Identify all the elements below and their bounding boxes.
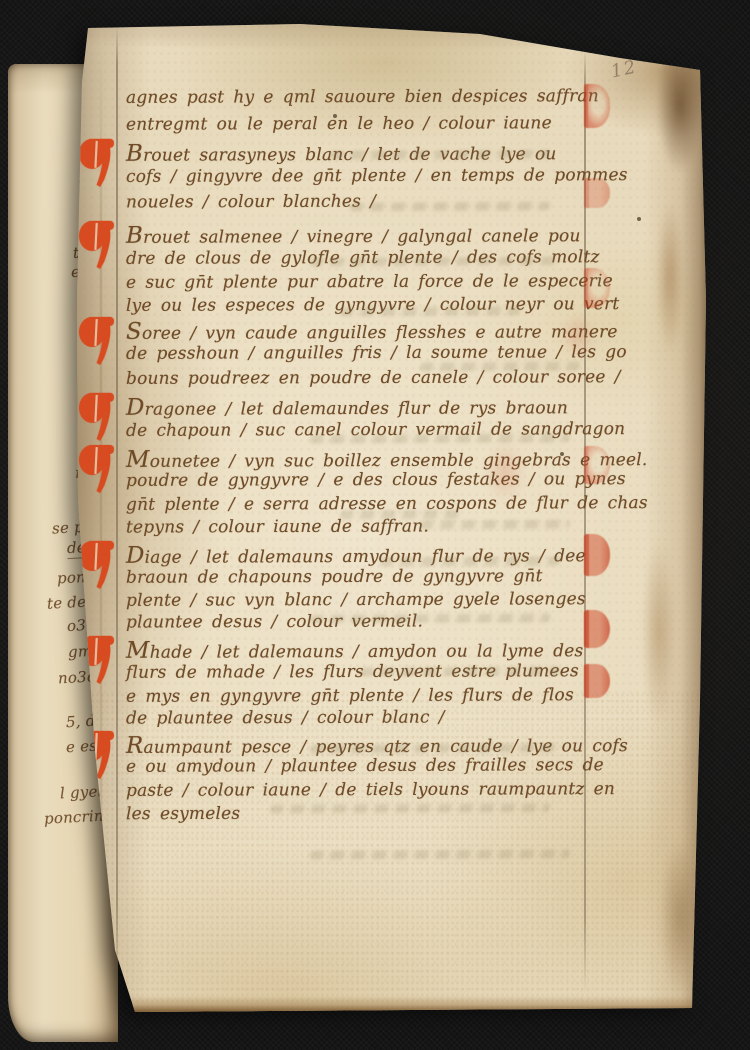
text-line: e suc gn̄t plente pur abatre la force de… [126,271,613,293]
text-line: plauntee desus / colour vermeil. [126,611,423,632]
ink-speck [560,452,564,456]
line-text: Brouet sarasyneys blanc / let de vache l… [126,144,557,166]
line-text: Brouet salmenee / vinegre / galyngal can… [126,226,581,248]
line-text: poudre de gyngyvre / e des clous festake… [126,469,626,491]
line-text: entregmt ou le peral en le heo / colour … [126,113,552,134]
line-text: plauntee desus / colour vermeil. [126,611,423,632]
ink-speck [333,114,337,118]
capitulum-mark-icon [78,389,118,441]
line-text: Mhade / let dalemauns / amydon ou la lym… [126,641,583,663]
capitulum-mark-icon [78,632,118,684]
text-line: de chapoun / suc canel colour vermail de… [126,419,625,441]
text-line: lye ou les especes de gyngyvre / colour … [126,294,619,316]
text-line: e ou amydoun / plauntee desus des fraill… [126,755,604,777]
line-text: Diage / let dalemauns amydoun flur de ry… [126,546,586,568]
ink-speck [637,217,641,221]
page-wrap: 12 agnes past hy e qml sauoure bien desp… [0,0,750,1050]
text-line: cofs / gingyvre dee gn̄t plente / en tem… [126,165,628,187]
text-line: braoun de chapouns poudre de gyngyvre gn… [126,566,543,587]
text-line: gn̄t plente / e serra adresse en cospons… [126,493,648,515]
line-text: de chapoun / suc canel colour vermail de… [126,419,625,441]
text-line: Dragonee / let dalemaundes flur de rys b… [126,393,568,421]
line-text: e mys en gyngyvre gn̄t plente / les flur… [126,685,574,707]
line-text: e suc gn̄t plente pur abatre la force de… [126,271,613,293]
line-text: gn̄t plente / e serra adresse en cospons… [126,493,648,515]
text-line: Diage / let dalemauns amydoun flur de ry… [126,541,586,569]
capitulum-mark-icon [78,727,118,779]
line-text: de plauntee desus / colour blanc / [126,707,445,728]
line-text: de pesshoun / anguilles fris / la soume … [126,342,627,364]
line-text: agnes past hy e qml sauoure bien despice… [126,86,599,108]
text-line: Soree / vyn caude anguilles flesshes e a… [126,317,618,345]
text-line: entregmt ou le peral en le heo / colour … [126,113,552,134]
text-line: bouns poudreez en poudre de canele / col… [126,367,621,389]
text-block: agnes past hy e qml sauoure bien despice… [60,22,710,1022]
text-line: Brouet sarasyneys blanc / let de vache l… [126,139,557,167]
text-line: les esymeles [126,804,240,824]
capitulum-mark-icon [78,217,118,269]
line-text: e ou amydoun / plauntee desus des fraill… [126,755,604,777]
line-text: Dragonee / let dalemaundes flur de rys b… [126,398,568,420]
text-line: e mys en gyngyvre gn̄t plente / les flur… [126,685,574,707]
line-text: tepyns / colour iaune de saffran. [126,516,429,537]
capitulum-mark-icon [78,135,118,187]
manuscript-page: 12 agnes past hy e qml sauoure bien desp… [60,22,710,1022]
line-text: paste / colour iaune / de tiels lyouns r… [126,779,615,801]
text-line: dre de clous de gylofle gn̄t plente / de… [126,247,600,269]
line-text: cofs / gingyvre dee gn̄t plente / en tem… [126,165,628,187]
rubric-offset-stamp [584,178,610,208]
text-line: noueles / colour blanches / [126,192,376,213]
manuscript-photo: { "page": { "folio_number": "12", "lines… [0,0,750,1050]
line-text: Soree / vyn caude anguilles flesshes e a… [126,322,618,344]
text-line: de pesshoun / anguilles fris / la soume … [126,342,627,364]
capitulum-mark-icon [78,441,118,493]
text-line: Mhade / let dalemauns / amydon ou la lym… [126,636,583,664]
capitulum-mark-icon [78,537,118,589]
text-line: Brouet salmenee / vinegre / galyngal can… [126,221,581,249]
line-text: dre de clous de gylofle gn̄t plente / de… [126,247,600,269]
text-line: paste / colour iaune / de tiels lyouns r… [126,779,615,801]
text-line: tepyns / colour iaune de saffran. [126,516,429,537]
line-text: bouns poudreez en poudre de canele / col… [126,367,621,389]
line-text: lye ou les especes de gyngyvre / colour … [126,294,619,316]
line-text: noueles / colour blanches / [126,192,376,213]
text-line: plente / suc vyn blanc / archampe gyele … [126,589,586,611]
rubric-offset-stamp [584,664,610,698]
text-line: flurs de mhade / les flurs deyvent estre… [126,661,579,683]
line-text: les esymeles [126,804,240,824]
capitulum-mark-icon [78,313,118,365]
text-line: agnes past hy e qml sauoure bien despice… [126,86,599,108]
line-text: flurs de mhade / les flurs deyvent estre… [126,661,579,683]
line-text: plente / suc vyn blanc / archampe gyele … [126,589,586,611]
text-line: de plauntee desus / colour blanc / [126,707,445,728]
text-line: poudre de gyngyvre / e des clous festake… [126,469,626,491]
line-text: braoun de chapouns poudre de gyngyvre gn… [126,566,543,587]
